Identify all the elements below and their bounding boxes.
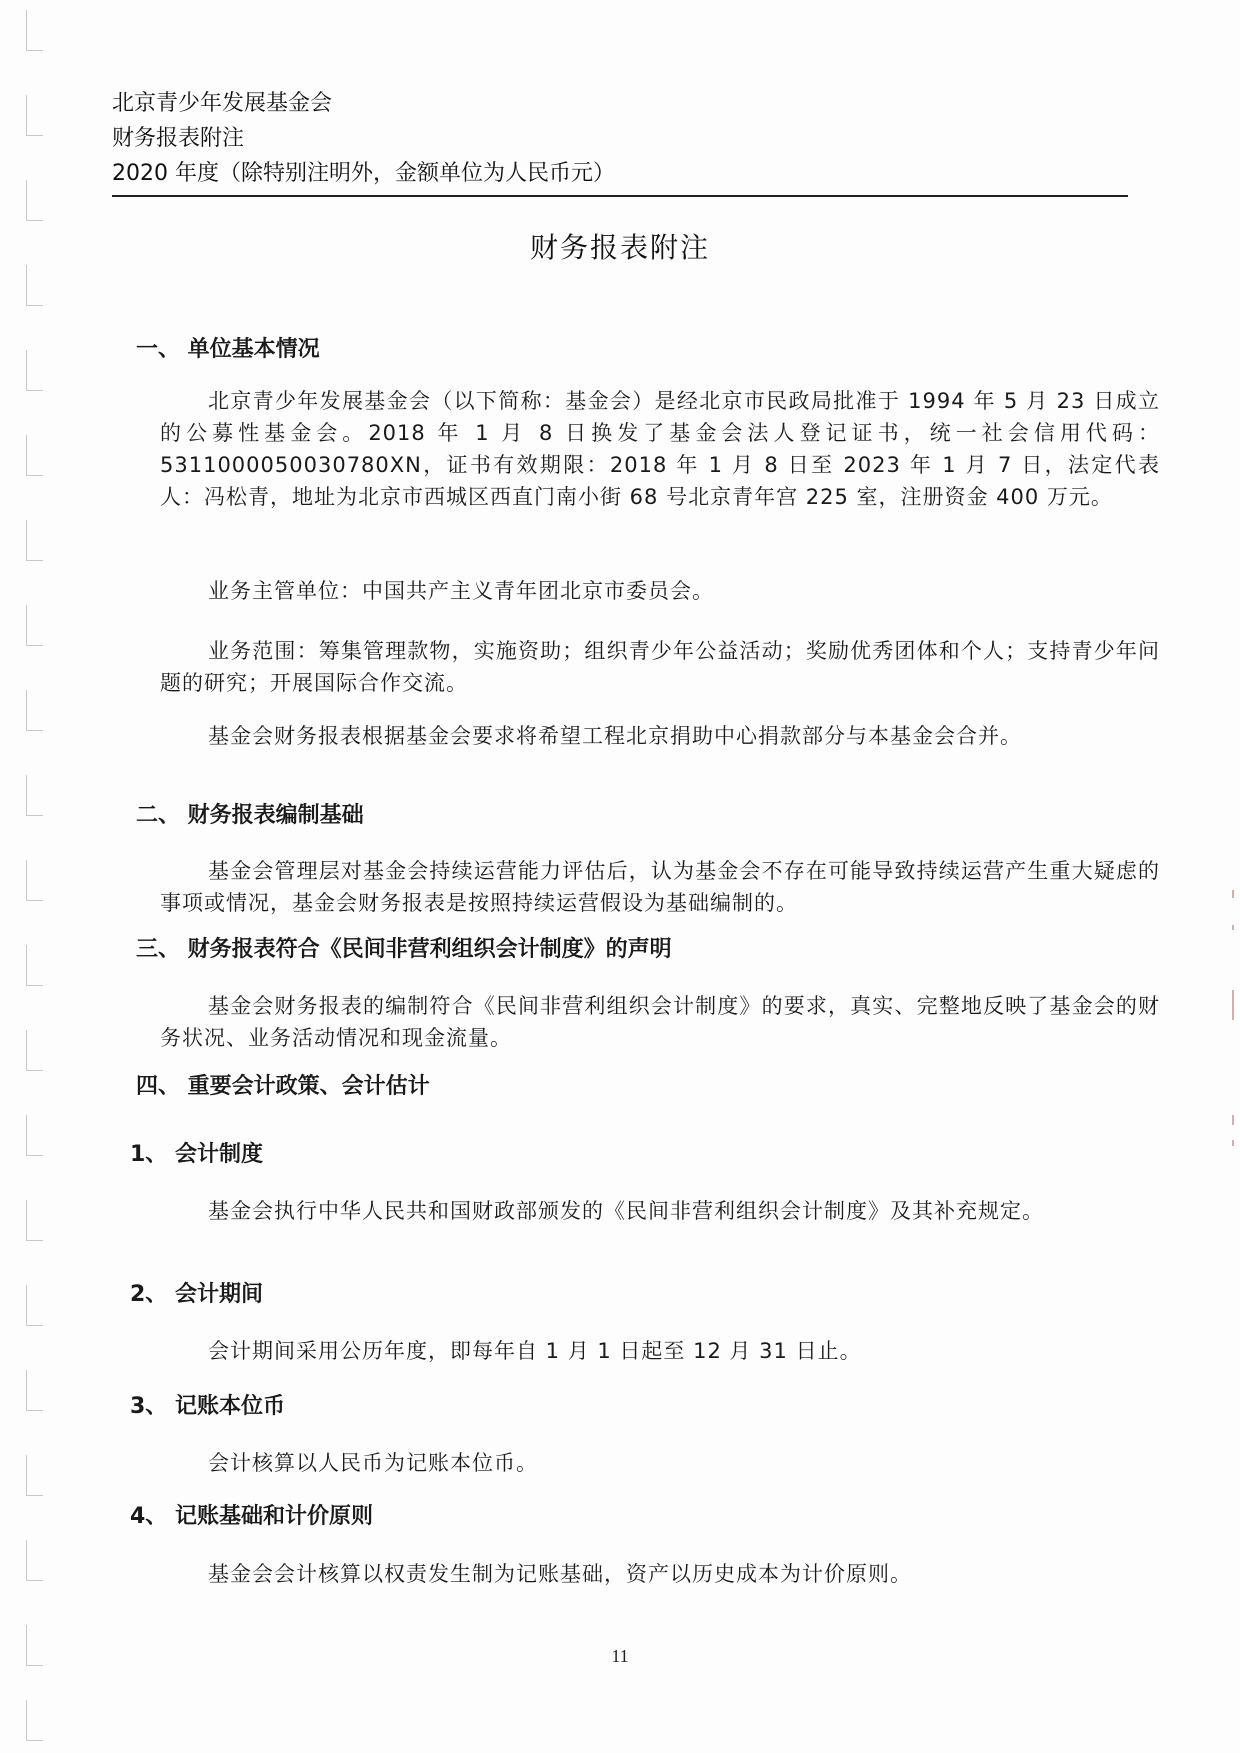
running-header: 北京青少年发展基金会 财务报表附注 2020 年度（除特别注明外，金额单位为人民… xyxy=(112,86,1128,191)
header-rule xyxy=(112,195,1128,197)
subsection-heading-functional-currency: 3、 记账本位币 xyxy=(130,1392,285,1422)
paragraph-supervisor: 业务主管单位：中国共产主义青年团北京市委员会。 xyxy=(160,575,1160,607)
section-heading-2: 二、 财务报表编制基础 xyxy=(120,801,364,831)
section-heading-1: 一、 单位基本情况 xyxy=(120,335,320,365)
paragraph-compliance-statement: 基金会财务报表的编制符合《民间非营利组织会计制度》的要求，真实、完整地反映了基金… xyxy=(160,990,1160,1054)
header-period-note: 2020 年度（除特别注明外，金额单位为人民币元） xyxy=(112,156,1128,191)
subsection-heading-accounting-basis: 4、 记账基础和计价原则 xyxy=(130,1502,373,1532)
paragraph-accounting-system: 基金会执行中华人民共和国财政部颁发的《民间非营利组织会计制度》及其补充规定。 xyxy=(160,1195,1160,1227)
subsection-heading-accounting-period: 2、 会计期间 xyxy=(130,1280,263,1310)
paragraph-functional-currency: 会计核算以人民币为记账本位币。 xyxy=(160,1447,1160,1479)
paragraph-business-scope: 业务范围：筹集管理款物，实施资助；组织青少年公益活动；奖励优秀团体和个人；支持青… xyxy=(160,635,1160,699)
paragraph-preparation-basis: 基金会管理层对基金会持续运营能力评估后，认为基金会不存在可能导致持续运营产生重大… xyxy=(160,855,1160,919)
page-number: 11 xyxy=(0,1646,1240,1667)
paragraph-consolidation: 基金会财务报表根据基金会要求将希望工程北京捐助中心捐款部分与本基金会合并。 xyxy=(160,720,1160,752)
paragraph-basic-info: 北京青少年发展基金会（以下简称：基金会）是经北京市民政局批准于 1994 年 5… xyxy=(160,385,1160,513)
paragraph-accounting-period: 会计期间采用公历年度，即每年自 1 月 1 日起至 12 月 31 日止。 xyxy=(160,1335,1160,1367)
document-title: 财务报表附注 xyxy=(0,226,1240,266)
section-heading-3: 三、 财务报表符合《民间非营利组织会计制度》的声明 xyxy=(120,935,672,965)
subsection-heading-accounting-system: 1、 会计制度 xyxy=(130,1140,263,1170)
section-heading-4: 四、 重要会计政策、会计估计 xyxy=(120,1072,430,1102)
header-org-name: 北京青少年发展基金会 xyxy=(112,86,1128,121)
paragraph-accounting-basis: 基金会会计核算以权责发生制为记账基础，资产以历史成本为计价原则。 xyxy=(160,1558,1160,1590)
header-doc-type: 财务报表附注 xyxy=(112,121,1128,156)
